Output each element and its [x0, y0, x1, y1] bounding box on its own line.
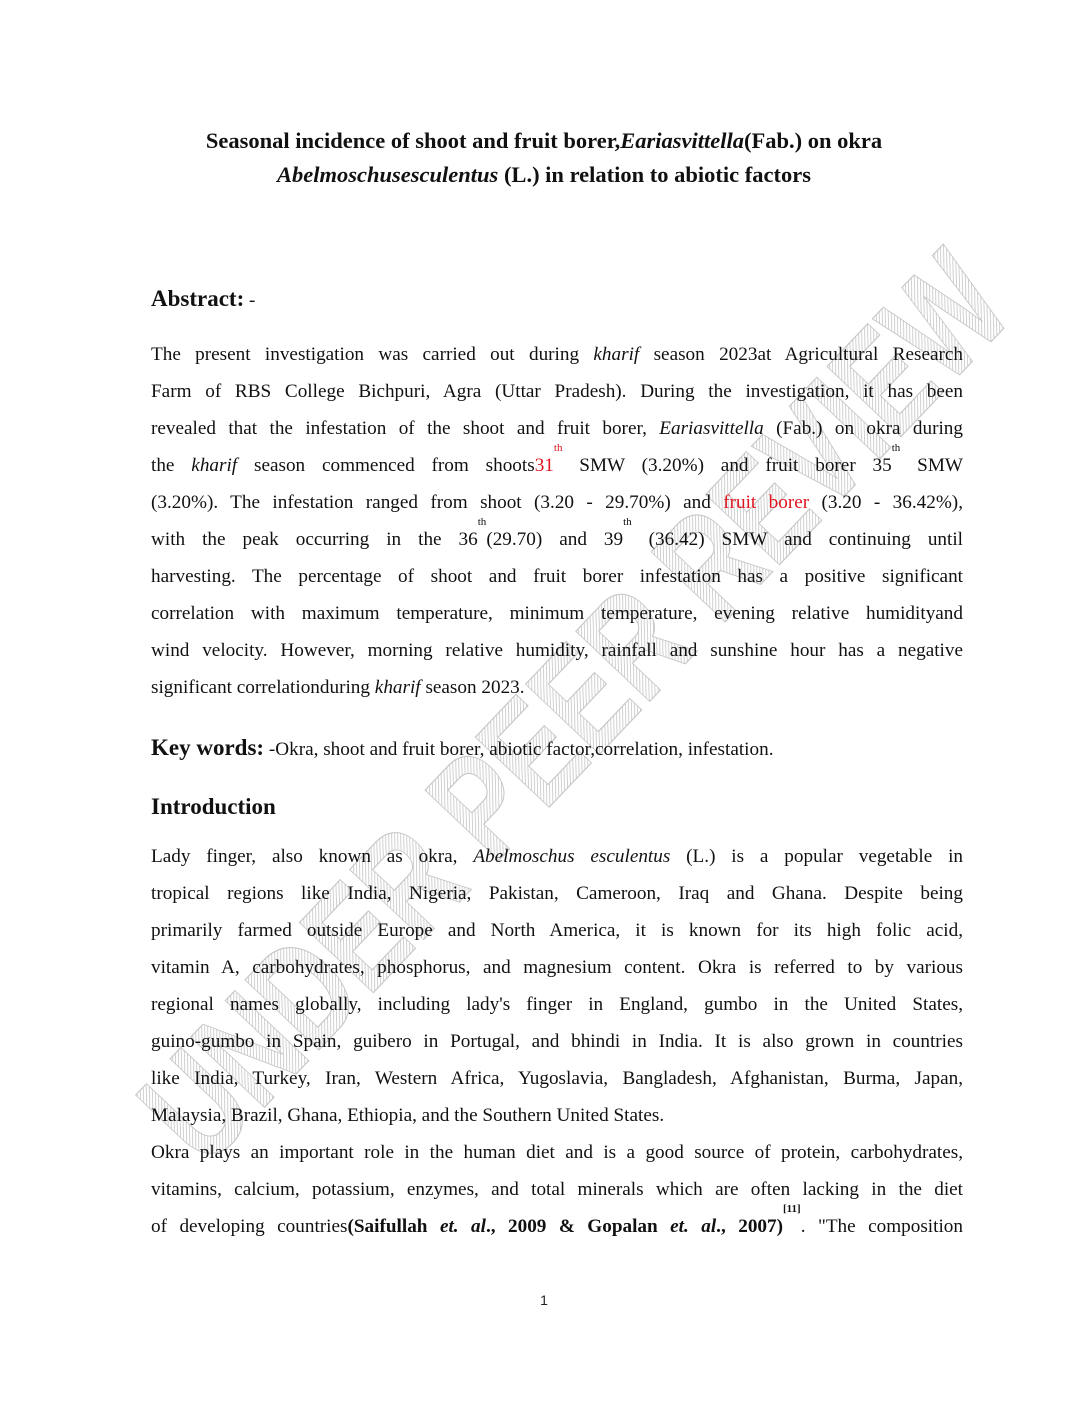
text-line: The present investigation was carried ou…	[151, 336, 963, 373]
text-line: Malaysia, Brazil, Ghana, Ethiopia, and t…	[151, 1097, 963, 1134]
text-line: (3.20%). The infestation ranged from sho…	[151, 484, 963, 521]
text-line: Farm of RBS College Bichpuri, Agra (Utta…	[151, 373, 963, 410]
text-line: significant correlationduring kharif sea…	[151, 669, 963, 706]
text-line: vitamin A, carbohydrates, phosphorus, an…	[151, 949, 963, 986]
text-line: Okra plays an important role in the huma…	[151, 1134, 963, 1171]
text-line: vitamins, calcium, potassium, enzymes, a…	[151, 1171, 963, 1208]
abstract-heading: Abstract: -	[151, 284, 255, 316]
abstract-body: The present investigation was carried ou…	[151, 336, 963, 706]
text-line: tropical regions like India, Nigeria, Pa…	[151, 875, 963, 912]
paper-title: Seasonal incidence of shoot and fruit bo…	[120, 124, 968, 192]
text-line: guino-gumbo in Spain, guibero in Portuga…	[151, 1023, 963, 1060]
introduction-body: Lady finger, also known as okra, Abelmos…	[151, 838, 963, 1245]
text-line: harvesting. The percentage of shoot and …	[151, 558, 963, 595]
text-line: like India, Turkey, Iran, Western Africa…	[151, 1060, 963, 1097]
text-line: with the peak occurring in the 36th(29.7…	[151, 521, 963, 558]
text-line: primarily farmed outside Europe and Nort…	[151, 912, 963, 949]
keywords: Key words: -Okra, shoot and fruit borer,…	[151, 733, 774, 765]
page-number: 1	[0, 1292, 1088, 1308]
text-line: wind velocity. However, morning relative…	[151, 632, 963, 669]
introduction-heading: Introduction	[151, 792, 276, 822]
document-page: UNDER PEER REVIEW Seasonal incidence of …	[0, 0, 1088, 1408]
text-line: correlation with maximum temperature, mi…	[151, 595, 963, 632]
text-line: the kharif season commenced from shoots3…	[151, 447, 963, 484]
text-line: of developing countries(Saifullah et. al…	[151, 1208, 963, 1245]
text-line: regional names globally, including lady'…	[151, 986, 963, 1023]
text-line: Lady finger, also known as okra, Abelmos…	[151, 838, 963, 875]
